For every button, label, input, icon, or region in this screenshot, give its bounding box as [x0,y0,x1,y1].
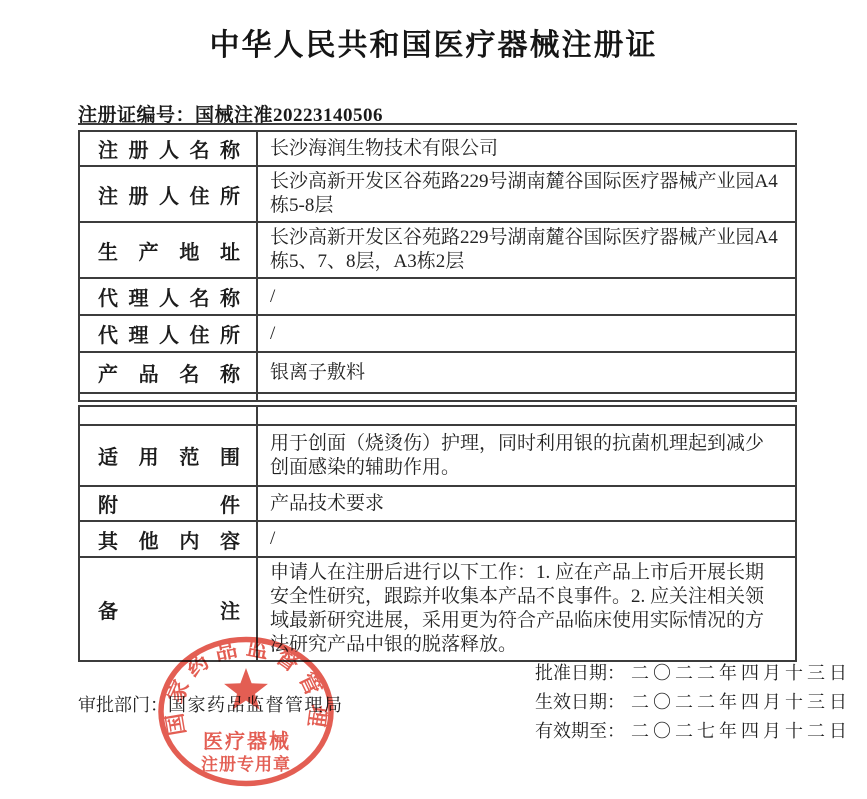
field-label: 备注 [98,595,240,624]
field-value: 用于创面（烧烫伤）护理，同时利用银的抗菌机理起到减少 创面感染的辅助作用。 [270,432,764,480]
field-label: 生产地址 [98,236,240,265]
page-title: 中华人民共和国医疗器械注册证 [0,20,867,64]
approval-date-label: 批准日期： [535,663,625,683]
certificate-page: 中华人民共和国医疗器械注册证 注册证编号：国械注准20223140506 注册人… [0,0,867,799]
field-label: 产品名称 [98,358,240,387]
field-label: 注册人住所 [98,180,240,209]
table-row: 附件 产品技术要求 [80,485,795,520]
field-label: 代理人名称 [98,282,240,311]
table-row: 代理人名称 / [80,277,795,314]
expiry-date-label: 有效期至： [535,721,625,741]
field-value-cell [256,394,795,400]
field-value: 银离子敷料 [270,361,365,385]
spacer-row [80,407,795,424]
table-row: 生产地址 长沙高新开发区谷苑路229号湖南麓谷国际医疗器械产业园A4 栋5、7、… [80,221,795,277]
field-value-cell [256,407,795,424]
registrant-info-table: 注册人名称 长沙海润生物技术有限公司 注册人住所 长沙高新开发区谷苑路229号湖… [78,130,797,402]
field-label-cell [80,394,256,400]
field-value: / [270,527,275,551]
effective-date: 生效日期：二〇二二年四月十三日 [535,691,851,713]
effective-date-value: 二〇二二年四月十三日 [631,692,851,712]
seal-line2: 注册专用章 [201,754,291,774]
field-label: 适用范围 [98,441,240,470]
field-label: 其他内容 [98,525,240,554]
field-value: 长沙高新开发区谷苑路229号湖南麓谷国际医疗器械产业园A4 栋5、7、8层，A3… [270,226,778,274]
field-value-cell: 产品技术要求 [256,487,795,520]
field-value-cell: / [256,316,795,351]
expiry-date: 有效期至：二〇二七年四月十二日 [535,720,851,742]
field-value: / [270,285,275,309]
field-value: 产品技术要求 [270,492,384,516]
spacer-row [80,392,795,400]
approval-date: 批准日期：二〇二二年四月十三日 [535,662,851,684]
field-label-cell: 适用范围 [80,426,256,485]
field-label: 附件 [98,489,240,518]
field-value: 申请人在注册后进行以下工作：1. 应在产品上市后开展长期 安全性研究，跟踪并收集… [270,561,764,657]
field-label-cell: 代理人名称 [80,279,256,314]
field-value-cell: 长沙海润生物技术有限公司 [256,132,795,165]
field-value: 长沙海润生物技术有限公司 [270,137,498,161]
field-label-cell: 注册人名称 [80,132,256,165]
field-label-cell: 注册人住所 [80,167,256,221]
field-label-cell: 代理人住所 [80,316,256,351]
field-label: 代理人住所 [98,319,240,348]
official-seal: 国家药品监督管理局 医疗器械 注册专用章 [155,633,339,795]
star-icon [224,668,268,710]
table-row: 适用范围 用于创面（烧烫伤）护理，同时利用银的抗菌机理起到减少 创面感染的辅助作… [80,424,795,485]
scope-info-table: 适用范围 用于创面（烧烫伤）护理，同时利用银的抗菌机理起到减少 创面感染的辅助作… [78,405,797,662]
date-block: 批准日期：二〇二二年四月十三日 生效日期：二〇二二年四月十三日 有效期至：二〇二… [535,662,851,749]
field-value: 长沙高新开发区谷苑路229号湖南麓谷国际医疗器械产业园A4 栋5-8层 [270,170,778,218]
expiry-date-value: 二〇二七年四月十二日 [631,721,851,741]
field-label-cell [80,407,256,424]
table-row: 产品名称 银离子敷料 [80,351,795,392]
horizontal-rule [78,123,797,125]
effective-date-label: 生效日期： [535,692,625,712]
table-row: 代理人住所 / [80,314,795,351]
field-value-cell: 银离子敷料 [256,353,795,392]
field-label-cell: 产品名称 [80,353,256,392]
seal-line1: 医疗器械 [203,729,291,753]
approval-date-value: 二〇二二年四月十三日 [631,663,851,683]
field-value-cell: 长沙高新开发区谷苑路229号湖南麓谷国际医疗器械产业园A4 栋5、7、8层，A3… [256,223,795,277]
table-row: 其他内容 / [80,520,795,556]
table-row: 注册人名称 长沙海润生物技术有限公司 [80,132,795,165]
field-label-cell: 附件 [80,487,256,520]
table-row: 注册人住所 长沙高新开发区谷苑路229号湖南麓谷国际医疗器械产业园A4 栋5-8… [80,165,795,221]
field-label-cell: 生产地址 [80,223,256,277]
field-value: / [270,322,275,346]
field-label: 注册人名称 [98,134,240,163]
field-value-cell: 长沙高新开发区谷苑路229号湖南麓谷国际医疗器械产业园A4 栋5-8层 [256,167,795,221]
field-label-cell: 其他内容 [80,522,256,556]
field-value-cell: / [256,522,795,556]
field-value-cell: 用于创面（烧烫伤）护理，同时利用银的抗菌机理起到减少 创面感染的辅助作用。 [256,426,795,485]
field-value-cell: / [256,279,795,314]
